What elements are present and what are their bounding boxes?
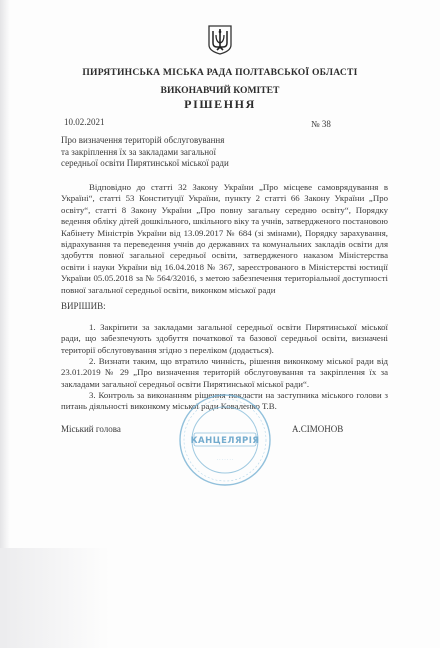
signature-role: Міський голова bbox=[61, 424, 121, 434]
scan-edge-shadow-bottom bbox=[0, 548, 110, 648]
committee-name: ВИКОНАВЧИЙ КОМІТЕТ bbox=[0, 85, 440, 96]
council-name: ПИРЯТИНСЬКА МІСЬКА РАДА ПОЛТАВСЬКОЇ ОБЛА… bbox=[0, 67, 440, 78]
document-subject: Про визначення територій обслуговування … bbox=[61, 135, 281, 170]
office-stamp: КАНЦЕЛЯРІЯ · · · · · · · bbox=[178, 393, 272, 487]
resolution-item-1: 1. Закріпити за закладами загальної сере… bbox=[61, 322, 388, 356]
svg-text:· · · · · · ·: · · · · · · · bbox=[217, 457, 234, 462]
preamble-paragraph: Відповідно до статті 32 Закону України „… bbox=[61, 182, 388, 296]
document-number: № 38 bbox=[311, 119, 331, 129]
signature-name: А.СІМОНОВ bbox=[292, 424, 343, 434]
resolved-label: ВИРІШИВ: bbox=[61, 301, 106, 311]
resolution-item-2: 2. Визнати таким, що втратило чинність, … bbox=[61, 356, 388, 390]
stamp-center-text: КАНЦЕЛЯРІЯ bbox=[191, 436, 260, 446]
document-type: РІШЕННЯ bbox=[0, 97, 440, 112]
subject-line: та закріплення їх за закладами загальної bbox=[61, 147, 281, 159]
subject-line: Про визначення територій обслуговування bbox=[61, 135, 281, 147]
coat-of-arms-of-ukraine-icon bbox=[208, 25, 232, 55]
subject-line: середньої освіти Пирятинської міської ра… bbox=[61, 158, 281, 170]
document-date: 10.02.2021 bbox=[64, 117, 105, 127]
